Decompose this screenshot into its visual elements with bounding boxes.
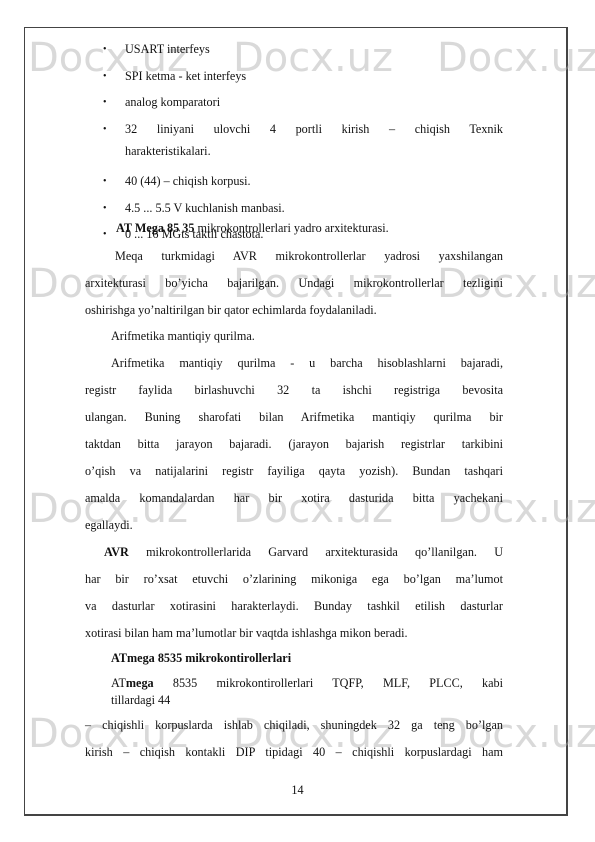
- para2-line: o’qish va natijalarini registr fayiliga …: [85, 465, 503, 477]
- para2-line: ulangan. Buning sharofati bilan Arifmeti…: [85, 411, 503, 423]
- para2-line: amalda komandalardan har bir xotira dast…: [85, 492, 503, 504]
- heading-atmega8535-core: AT Mega 85 35 mikrokontrollerlari yadro …: [116, 222, 389, 234]
- bullet-item: 40 (44) – chiqish korpusi.: [125, 175, 251, 187]
- para4-rest: 8535 mikrokontirollerlari TQFP, MLF, PLC…: [154, 676, 503, 690]
- bullet-icon: •: [103, 229, 107, 240]
- bullet-item: USART interfeys: [125, 43, 210, 55]
- heading-atmega8535: ATmega 8535 mikrokontirollerlari: [111, 652, 291, 664]
- para1-line: Meqa turkmidagi AVR mikrokontrollerlar y…: [115, 250, 503, 262]
- heading-rest: mikrokontrollerlari yadro arxitekturasi.: [194, 221, 388, 235]
- bullet-item: analog komparatori: [125, 96, 220, 108]
- para4-bold: mega: [126, 676, 154, 690]
- bullet-continuation: harakteristikalari.: [125, 145, 211, 157]
- para4-prefix: AT: [111, 676, 126, 690]
- para5-line: kirish – chiqish kontakli DIP tipidagi 4…: [85, 746, 503, 758]
- para4-line: tillardagi 44: [111, 694, 170, 706]
- bullet-item: 4.5 ... 5.5 V kuchlanish manbasi.: [125, 202, 285, 214]
- para3-line: va dasturlar xotirasini harakterlaydi. B…: [85, 600, 503, 612]
- bullet-icon: •: [103, 176, 107, 187]
- heading3-bold: ATmega 8535 mikrokontirollerlari: [111, 651, 291, 665]
- para4-line: ATmega 8535 mikrokontirollerlari TQFP, M…: [111, 677, 503, 689]
- para3-line: har bir ro’xsat etuvchi o’zlarining miko…: [85, 573, 503, 585]
- para1-line: arxitekturasi bo’yicha bajarilgan. Undag…: [85, 277, 503, 289]
- bullet-icon: •: [103, 97, 107, 108]
- para2-line: egallaydi.: [85, 519, 133, 531]
- bullet-icon: •: [103, 44, 107, 55]
- page-number: 14: [0, 783, 595, 798]
- bullet-item: SPI ketma - ket interfeys: [125, 70, 246, 82]
- avr-bold: AVR: [104, 545, 129, 559]
- para2-line: registr faylida birlashuvchi 32 ta ishch…: [85, 384, 503, 396]
- bullet-icon: •: [103, 203, 107, 214]
- heading-alu: Arifmetika mantiqiy qurilma.: [111, 330, 255, 342]
- bullet-icon: •: [103, 124, 107, 135]
- para3-line: AVR mikrokontrollerlarida Garvard arxite…: [104, 546, 503, 558]
- para2-line: taktdan bitta jarayon bajaradi. (jarayon…: [85, 438, 503, 450]
- bullet-icon: •: [103, 71, 107, 82]
- para3-line: xotirasi bilan ham ma’lumotlar bir vaqtd…: [85, 627, 408, 639]
- bullet-item: 32 liniyani ulovchi 4 portli kirish – ch…: [125, 123, 503, 135]
- para2-line: Arifmetika mantiqiy qurilma - u barcha h…: [111, 357, 503, 369]
- para1-line: oshirishga yo’naltirilgan bir qator echi…: [85, 304, 377, 316]
- para5-line: – chiqishli korpuslarda ishlab chiqiladi…: [85, 719, 503, 731]
- heading-bold: AT Mega 85 35: [116, 221, 194, 235]
- para3-line-rest: mikrokontrollerlarida Garvard arxitektur…: [129, 545, 503, 559]
